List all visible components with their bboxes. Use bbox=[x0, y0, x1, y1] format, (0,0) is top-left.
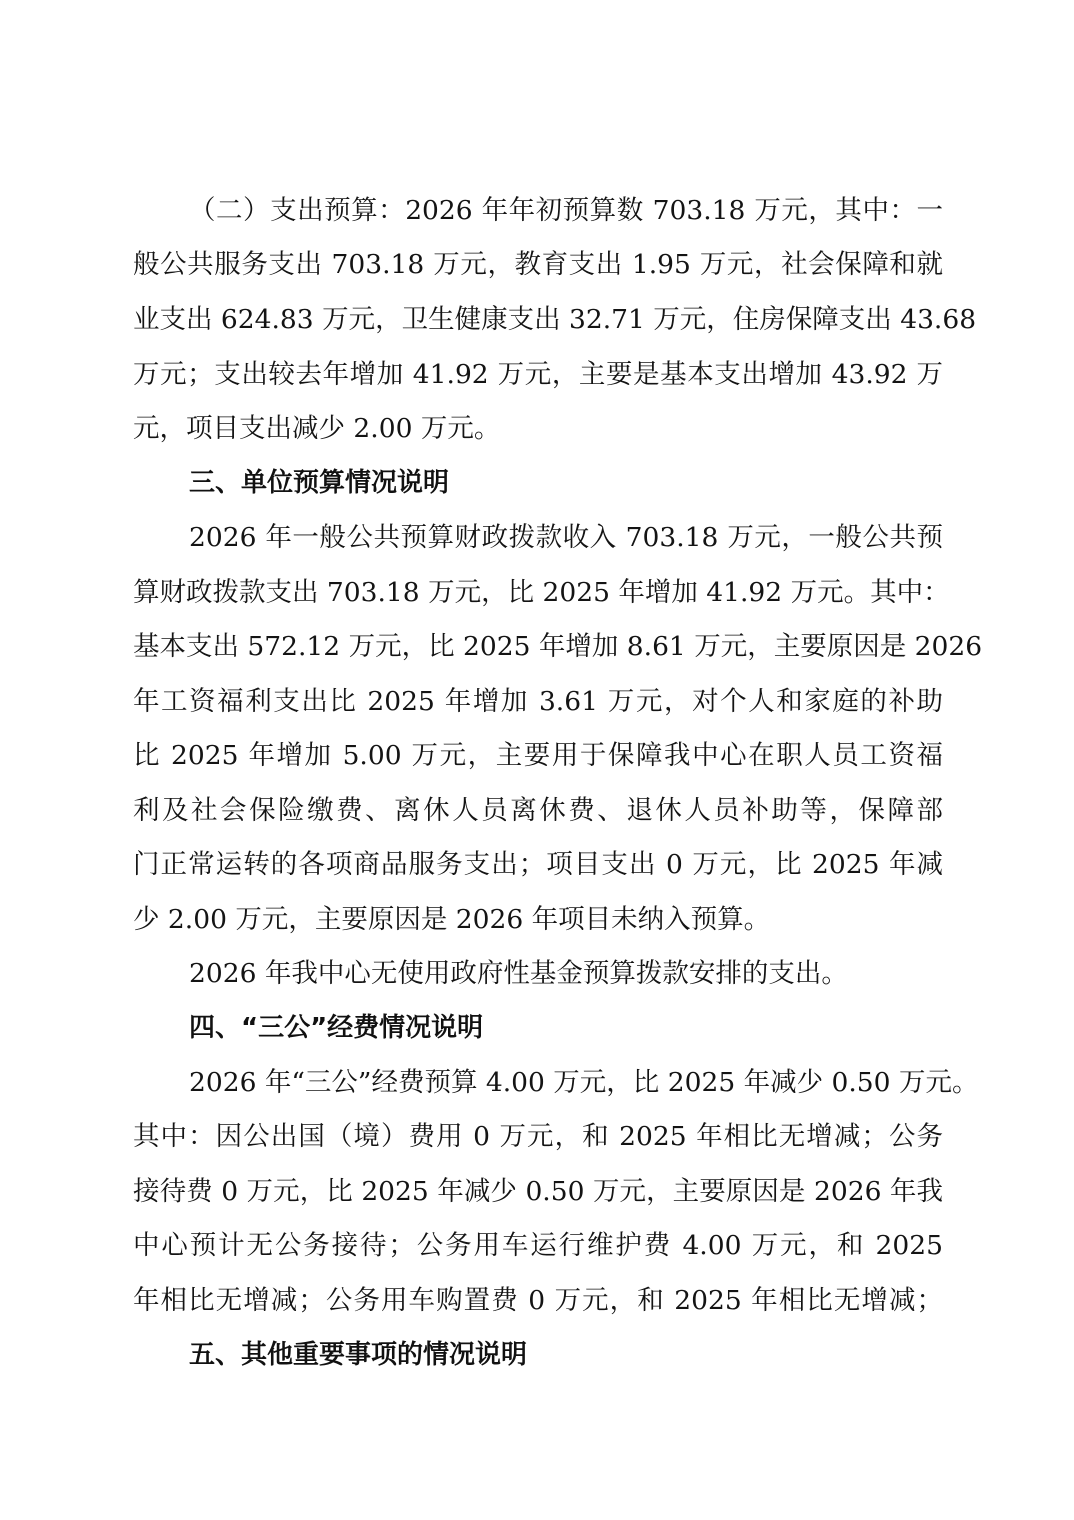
section-3-p1-line-6: 利及社会保险缴费、离休人员离休费、退休人员补助等，保障部 bbox=[133, 791, 943, 831]
section-4-p1-line-3: 接待费 0 万元，比 2025 年减少 0.50 万元，主要原因是 2026 年… bbox=[133, 1172, 943, 1212]
expenditure-budget-line-2: 般公共服务支出 703.18 万元，教育支出 1.95 万元，社会保障和就 bbox=[133, 245, 943, 285]
section-3-heading: 三、单位预算情况说明 bbox=[189, 463, 449, 503]
section-3-p1-line-8: 少 2.00 万元，主要原因是 2026 年项目未纳入预算。 bbox=[133, 900, 943, 940]
section-3-p1-line-2: 算财政拨款支出 703.18 万元，比 2025 年增加 41.92 万元。其中… bbox=[133, 573, 943, 613]
section-4-heading: 四、“三公”经费情况说明 bbox=[189, 1008, 483, 1048]
expenditure-budget-line-5: 元，项目支出减少 2.00 万元。 bbox=[133, 409, 943, 449]
section-4-p1-line-5: 年相比无增减；公务用车购置费 0 万元，和 2025 年相比无增减； bbox=[133, 1281, 943, 1321]
section-4-p1-line-1: 2026 年“三公”经费预算 4.00 万元，比 2025 年减少 0.50 万… bbox=[189, 1063, 943, 1103]
expenditure-budget-line-4: 万元；支出较去年增加 41.92 万元，主要是基本支出增加 43.92 万 bbox=[133, 355, 943, 395]
section-3-p1-line-5: 比 2025 年增加 5.00 万元，主要用于保障我中心在职人员工资福 bbox=[133, 736, 943, 776]
expenditure-budget-line-3: 业支出 624.83 万元，卫生健康支出 32.71 万元，住房保障支出 43.… bbox=[133, 300, 943, 340]
section-5-heading: 五、其他重要事项的情况说明 bbox=[189, 1335, 527, 1375]
expenditure-budget-line-1: （二）支出预算：2026 年年初预算数 703.18 万元，其中：一 bbox=[189, 191, 943, 231]
section-3-p1-line-3: 基本支出 572.12 万元，比 2025 年增加 8.61 万元，主要原因是 … bbox=[133, 627, 943, 667]
section-3-p1-line-7: 门正常运转的各项商品服务支出；项目支出 0 万元，比 2025 年减 bbox=[133, 845, 943, 885]
section-4-p1-line-2: 其中：因公出国（境）费用 0 万元，和 2025 年相比无增减；公务 bbox=[133, 1117, 943, 1157]
section-3-p1-line-1: 2026 年一般公共预算财政拨款收入 703.18 万元，一般公共预 bbox=[189, 518, 943, 558]
section-3-p2-line-1: 2026 年我中心无使用政府性基金预算拨款安排的支出。 bbox=[189, 954, 943, 994]
document-page: （二）支出预算：2026 年年初预算数 703.18 万元，其中：一 般公共服务… bbox=[0, 0, 1074, 1520]
section-3-p1-line-4: 年工资福利支出比 2025 年增加 3.61 万元，对个人和家庭的补助 bbox=[133, 682, 943, 722]
section-4-p1-line-4: 中心预计无公务接待；公务用车运行维护费 4.00 万元，和 2025 bbox=[133, 1226, 943, 1266]
